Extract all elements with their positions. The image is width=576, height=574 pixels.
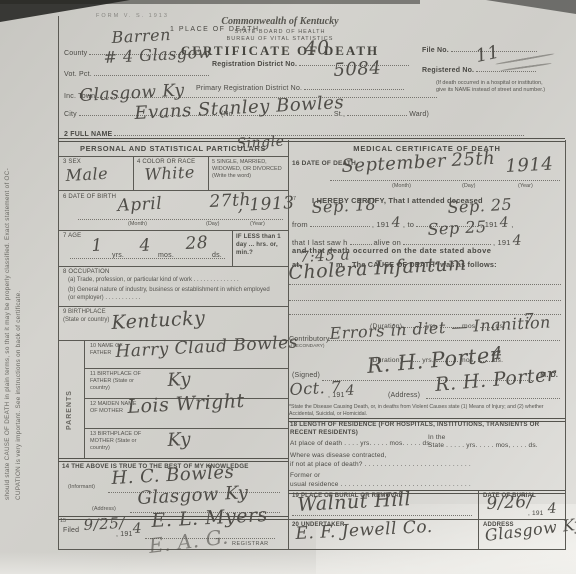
him-blank [350,237,372,245]
age-mos-unit: mos. [158,252,174,261]
burial-date-value: 9/26/ [486,494,533,513]
dod-sub-year: (Year) [518,183,533,190]
sex-race-divider [133,156,134,190]
vot-pct-row: Vot. Pct. [64,68,209,80]
cause-blank-1 [289,284,561,285]
full-name-row: 2 FULL NAME [64,128,524,140]
dod-sub-day: (Day) [462,183,475,190]
to-label: , to [403,220,414,229]
signed-year-digit: 4 [345,384,355,398]
row1-bottom-rule [58,190,288,191]
marital-value: Single [236,135,284,151]
date-of-death-day: 25th [451,150,496,170]
scan-bottom-fade [0,552,576,574]
attended-from-value: Sep. 18 [311,197,376,216]
age-days-value: 28 [185,235,208,253]
dob-label: 6 DATE OF BIRTH [63,194,116,202]
registrar-label: Registrar [232,541,269,548]
last-saw-value: Sep 25 [427,219,487,238]
hospital-note: (If death occurred in a hospital or inst… [436,80,554,94]
primary-registration-blank [304,82,404,90]
registration-district-value: 40 [304,39,330,59]
from-blank [310,219,370,227]
full-name-blank [114,128,524,136]
mother-name-value: Lois Wright [127,392,245,417]
last-saw-year-printed: , 191 [493,238,511,247]
cert-left-border [58,16,59,550]
age-months-value: 4 [139,237,151,255]
contracted-line-1: Where was disease contracted, [290,452,386,460]
from-year-digit: 4 [391,216,401,230]
former-line-1: Former or [290,472,320,480]
ward-blank [347,108,407,116]
county-label: County [64,50,87,59]
father-birthplace-value: Ky [167,371,191,390]
occupation-label: 8 OCCUPATION [63,269,110,277]
dob-year-value: , 1913 [237,195,295,215]
contributory-blank [328,340,560,341]
dob-month-value: April [117,196,163,215]
mother-birthplace-value: Ky [167,431,191,450]
in-state-line: State . . . . . yrs. . . . . mos, . . . … [428,442,538,450]
date-of-death-year: 1914 [505,156,554,176]
age-years-value: 1 [91,237,103,255]
vot-pct-value: # 4 Glasgow [103,44,212,66]
dob-sub-day: (Day) [206,221,219,228]
burial-year-digit: 4 [547,502,557,516]
last-saw-year-digit: 4 [512,234,522,248]
age-yrs-unit: yrs. [112,252,124,261]
scanned-certificate: should state CAUSE OF DEATH in plain ter… [0,0,576,574]
full-name-label: 2 FULL NAME [64,131,112,140]
cause-blank-2 [289,300,561,301]
informant-address-label: (Address) [92,506,116,513]
physician-address-blank [426,398,560,399]
filed-num: 15 [60,518,66,525]
mother-birthplace-label: 13 BIRTHPLACE OF MOTHER (State or countr… [90,431,145,452]
form-number-note: FORM V. S. 1913 [96,13,169,20]
marital-label: 5 SINGLE, MARRIED, WIDOWED, OR DIVORCED … [212,159,284,180]
registration-district-label: Registration District No. [212,61,297,70]
ward-label: Ward) [409,111,429,120]
in-the-label: In the [428,434,445,442]
dob-sub-month: (Month) [128,221,147,228]
personal-title-rule [58,156,288,157]
race-value: White [144,164,195,183]
secondary-label: (SECONDARY) [291,344,325,350]
former-line-2: usual residence . . . . . . . . . . . . … [290,481,471,489]
contracted-line-2: if not at place of death? . . . . . . . … [290,461,471,469]
occupation-line-a: (a) Trade, profession, or particular kin… [68,277,268,285]
cert-bottom-border [58,549,565,550]
date-of-death-month: September [341,153,447,176]
vot-pct-label: Vot. Pct. [64,71,92,80]
burial-year-printed: , 191 [528,510,543,518]
informant-address-value: Glasgow Ky [137,484,249,508]
vot-pct-blank [94,68,209,76]
comma: , [511,220,513,229]
scan-corner-shadow-right [486,0,576,14]
age-subcell-divider [232,230,233,266]
residence-label: 18 LENGTH OF RESIDENCE (FOR HOSPITALS, I… [290,421,562,437]
age-blank [70,258,225,259]
filed-year-digit: 4 [132,522,142,536]
commonwealth-heading: Commonwealth of Kentucky [160,16,400,27]
from-year-printed: , 191 [372,220,390,229]
row4-bottom-rule [58,306,288,307]
last-saw-blank [403,237,491,245]
city-label: City [64,111,77,120]
filed-year-printed: , 191 [116,531,133,540]
parents-group-divider [84,340,85,458]
to-year-digit: 4 [499,216,509,230]
at-place-line: At place of death . . . . yrs. . . . . m… [290,440,432,448]
dob-sub-year: (Year) [250,221,265,228]
parents-group-label: PARENTS [66,370,75,430]
father-name-value: Harry Claud Bowles [115,334,298,361]
from-label: from [292,220,308,229]
dod-sub-month: (Month) [392,183,411,190]
attended-to-value: Sep. 25 [447,197,512,216]
scan-top-edge [0,0,420,4]
contributory-value: Errors in diet — Inanition [329,314,551,342]
age-less-note: IF LESS than 1 day ... hrs. or, min.? [236,233,286,257]
row2-bottom-rule [58,230,288,231]
attestation-top-rule [58,458,288,462]
margin-instruction-line1: should state CAUSE OF DEATH in plain ter… [4,70,11,500]
file-no-label: File No. [422,47,449,56]
date-of-death-blank [330,180,560,181]
cause-footnote: *State the Disease Causing Death, or, in… [289,404,563,418]
father-birthplace-label: 11 BIRTHPLACE OF FATHER (State or countr… [90,371,145,392]
sex-value: Male [65,166,108,184]
primary-registration-value: 5084 [333,60,382,80]
informant-label: (Informant) [68,484,95,491]
filed-label: Filed [63,527,79,536]
margin-instruction-line2: CUPATION is very important. See instruct… [15,110,22,500]
physician-address-label: (Address) [388,392,420,401]
dob-blank [78,219,283,220]
birthplace-value: Kentucky [111,309,206,333]
signed-year-printed: , 191 [328,392,345,401]
cert-right-border [565,140,566,550]
burial-place-blank [292,515,472,516]
row3-bottom-rule [58,266,288,267]
race-marital-divider [208,156,209,190]
occupation-line-b: (b) General nature of industry, business… [68,287,273,303]
certify-num: 17 [290,196,296,203]
age-label: 7 AGE [63,233,81,241]
county-value: Barren [111,27,171,46]
registered-no-label: Registered No. [422,67,474,76]
age-ds-unit: ds. [212,252,222,261]
